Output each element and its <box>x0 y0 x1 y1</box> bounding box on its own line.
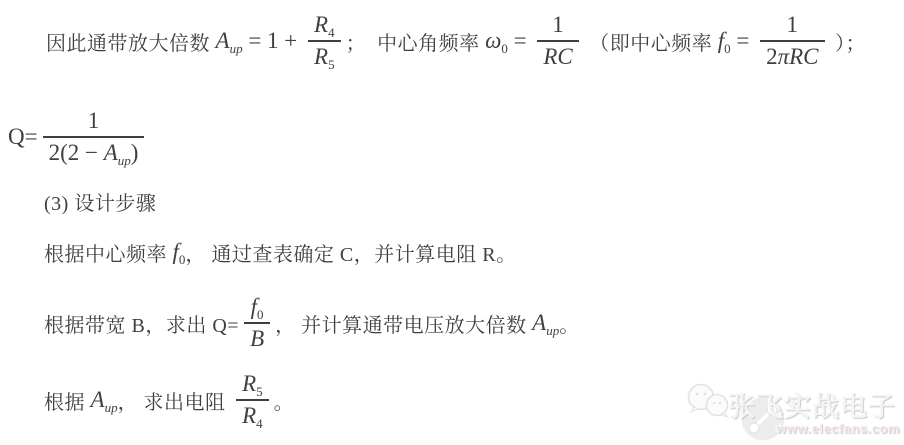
math-op-equals-1: = <box>508 28 532 54</box>
math-var-f-sub: 0 <box>257 307 264 322</box>
math-var-aup: Aup <box>91 387 118 413</box>
text-step1-suffix: ， 通过查表确定 C，并计算电阻 R。 <box>185 238 516 267</box>
math-den-prefix: 2(2 − <box>49 140 104 165</box>
math-q-equals: Q= <box>8 124 38 150</box>
circuit-share-logo-icon <box>740 396 786 442</box>
math-var-aup: Aup <box>216 28 243 54</box>
text-passband-gain-label: 因此通带放大倍数 <box>46 27 216 56</box>
math-var-aup-base: A <box>216 28 230 53</box>
heading-text: (3) 设计步骤 <box>44 187 156 216</box>
math-var-aup-sub: up <box>105 400 118 415</box>
text-step3-middle: ， 求出电阻 <box>118 386 232 415</box>
math-op-equals-2: = <box>731 28 755 54</box>
text-step3-period: 。 <box>274 386 295 415</box>
fraction-one-over-2pirc: 1 2πRC <box>760 12 824 71</box>
math-var-aup-sub: up <box>230 41 243 56</box>
text-closing-paren: ）； <box>830 27 867 56</box>
fraction-r5-over-r4: R5 R4 <box>236 371 269 430</box>
math-var-rc: RC <box>543 44 572 69</box>
fraction-numerator: 1 <box>43 108 145 136</box>
fraction-r4-over-r5: R4 R5 <box>308 12 341 71</box>
math-var-r4-sub: 4 <box>256 416 263 431</box>
math-var-r4-sub: 4 <box>328 25 335 40</box>
document-page: 因此通带放大倍数 Aup = 1 + R4 R5 ； 中心角频率 ω0 = 1 … <box>0 0 904 445</box>
math-var-r5-sub: 5 <box>328 57 335 72</box>
math-var-aup-sub: up <box>546 323 559 338</box>
text-center-angular-frequency-label: 中心角频率 <box>377 27 485 56</box>
fraction-denominator: 2(2 − Aup) <box>43 136 145 166</box>
math-den-suffix: ) <box>131 140 139 165</box>
math-var-pirc: πRC <box>778 44 819 69</box>
fraction-numerator: 1 <box>537 12 578 40</box>
wechat-icon <box>684 382 732 422</box>
math-var-r4-base: R <box>314 12 328 37</box>
math-coef-2: 2 <box>766 44 778 69</box>
fraction-numerator: R4 <box>308 12 341 40</box>
text-center-frequency-label: （即中心频率 <box>584 27 718 56</box>
math-var-f0: f0 <box>173 239 186 265</box>
watermark-brand-text: 张飞实战电子 <box>728 385 896 424</box>
step-line-compute-q-gain: 根据带宽 B，求出 Q= f0 B ， 并计算通带电压放大倍数 Aup 。 <box>44 290 580 356</box>
math-var-r5-sub: 5 <box>256 384 263 399</box>
math-var-aup-base: A <box>532 310 546 335</box>
text-step1-prefix: 根据中心频率 <box>44 238 173 267</box>
text-step2-period: 。 <box>559 309 580 338</box>
math-var-r5-base: R <box>314 44 328 69</box>
formula-line-q-factor: Q= 1 2(2 − Aup) <box>8 98 149 176</box>
step-line-determine-c-r: 根据中心频率 f0 ， 通过查表确定 C，并计算电阻 R。 <box>44 232 517 272</box>
math-var-aup-base: A <box>104 140 118 165</box>
watermark: 张飞实战电子 www.elecfans.com <box>676 376 904 445</box>
text-step2-prefix: 根据带宽 B，求出 Q= <box>44 309 239 338</box>
math-var-r4-base: R <box>242 403 256 428</box>
fraction-numerator: 1 <box>760 12 824 40</box>
math-var-f0: f0 <box>718 28 731 54</box>
fraction-numerator: R5 <box>236 371 269 399</box>
fraction-one-over-rc: 1 RC <box>537 12 578 71</box>
formula-line-passband-gain: 因此通带放大倍数 Aup = 1 + R4 R5 ； 中心角频率 ω0 = 1 … <box>46 2 866 80</box>
watermark-url-text: www.elecfans.com <box>776 421 900 436</box>
fraction-denominator: R4 <box>236 399 269 429</box>
fraction-numerator: f0 <box>244 294 270 322</box>
fraction-denominator: B <box>244 322 270 352</box>
math-var-omega0: ω0 <box>485 28 508 54</box>
fraction-denominator: RC <box>537 40 578 70</box>
math-var-omega-base: ω <box>485 28 501 53</box>
math-var-aup-base: A <box>91 387 105 412</box>
text-step3-prefix: 根据 <box>44 386 91 415</box>
text-semicolon: ； <box>346 27 378 56</box>
fraction-denominator: R5 <box>308 40 341 70</box>
math-var-r5-base: R <box>242 371 256 396</box>
step-line-compute-resistor-ratio: 根据 Aup ， 求出电阻 R5 R4 。 <box>44 362 294 438</box>
fraction-f0-over-b: f0 B <box>244 294 270 353</box>
section-heading-design-steps: (3) 设计步骤 <box>44 188 156 214</box>
math-var-aup: Aup <box>532 310 559 336</box>
math-var-aup-sub: up <box>118 153 131 168</box>
fraction-denominator: 2πRC <box>760 40 824 70</box>
math-var-b: B <box>250 326 264 351</box>
text-step2-middle: ， 并计算通带电压放大倍数 <box>275 309 532 338</box>
math-op-equals-one-plus: = 1 + <box>243 28 303 54</box>
fraction-q-factor: 1 2(2 − Aup) <box>43 108 145 167</box>
